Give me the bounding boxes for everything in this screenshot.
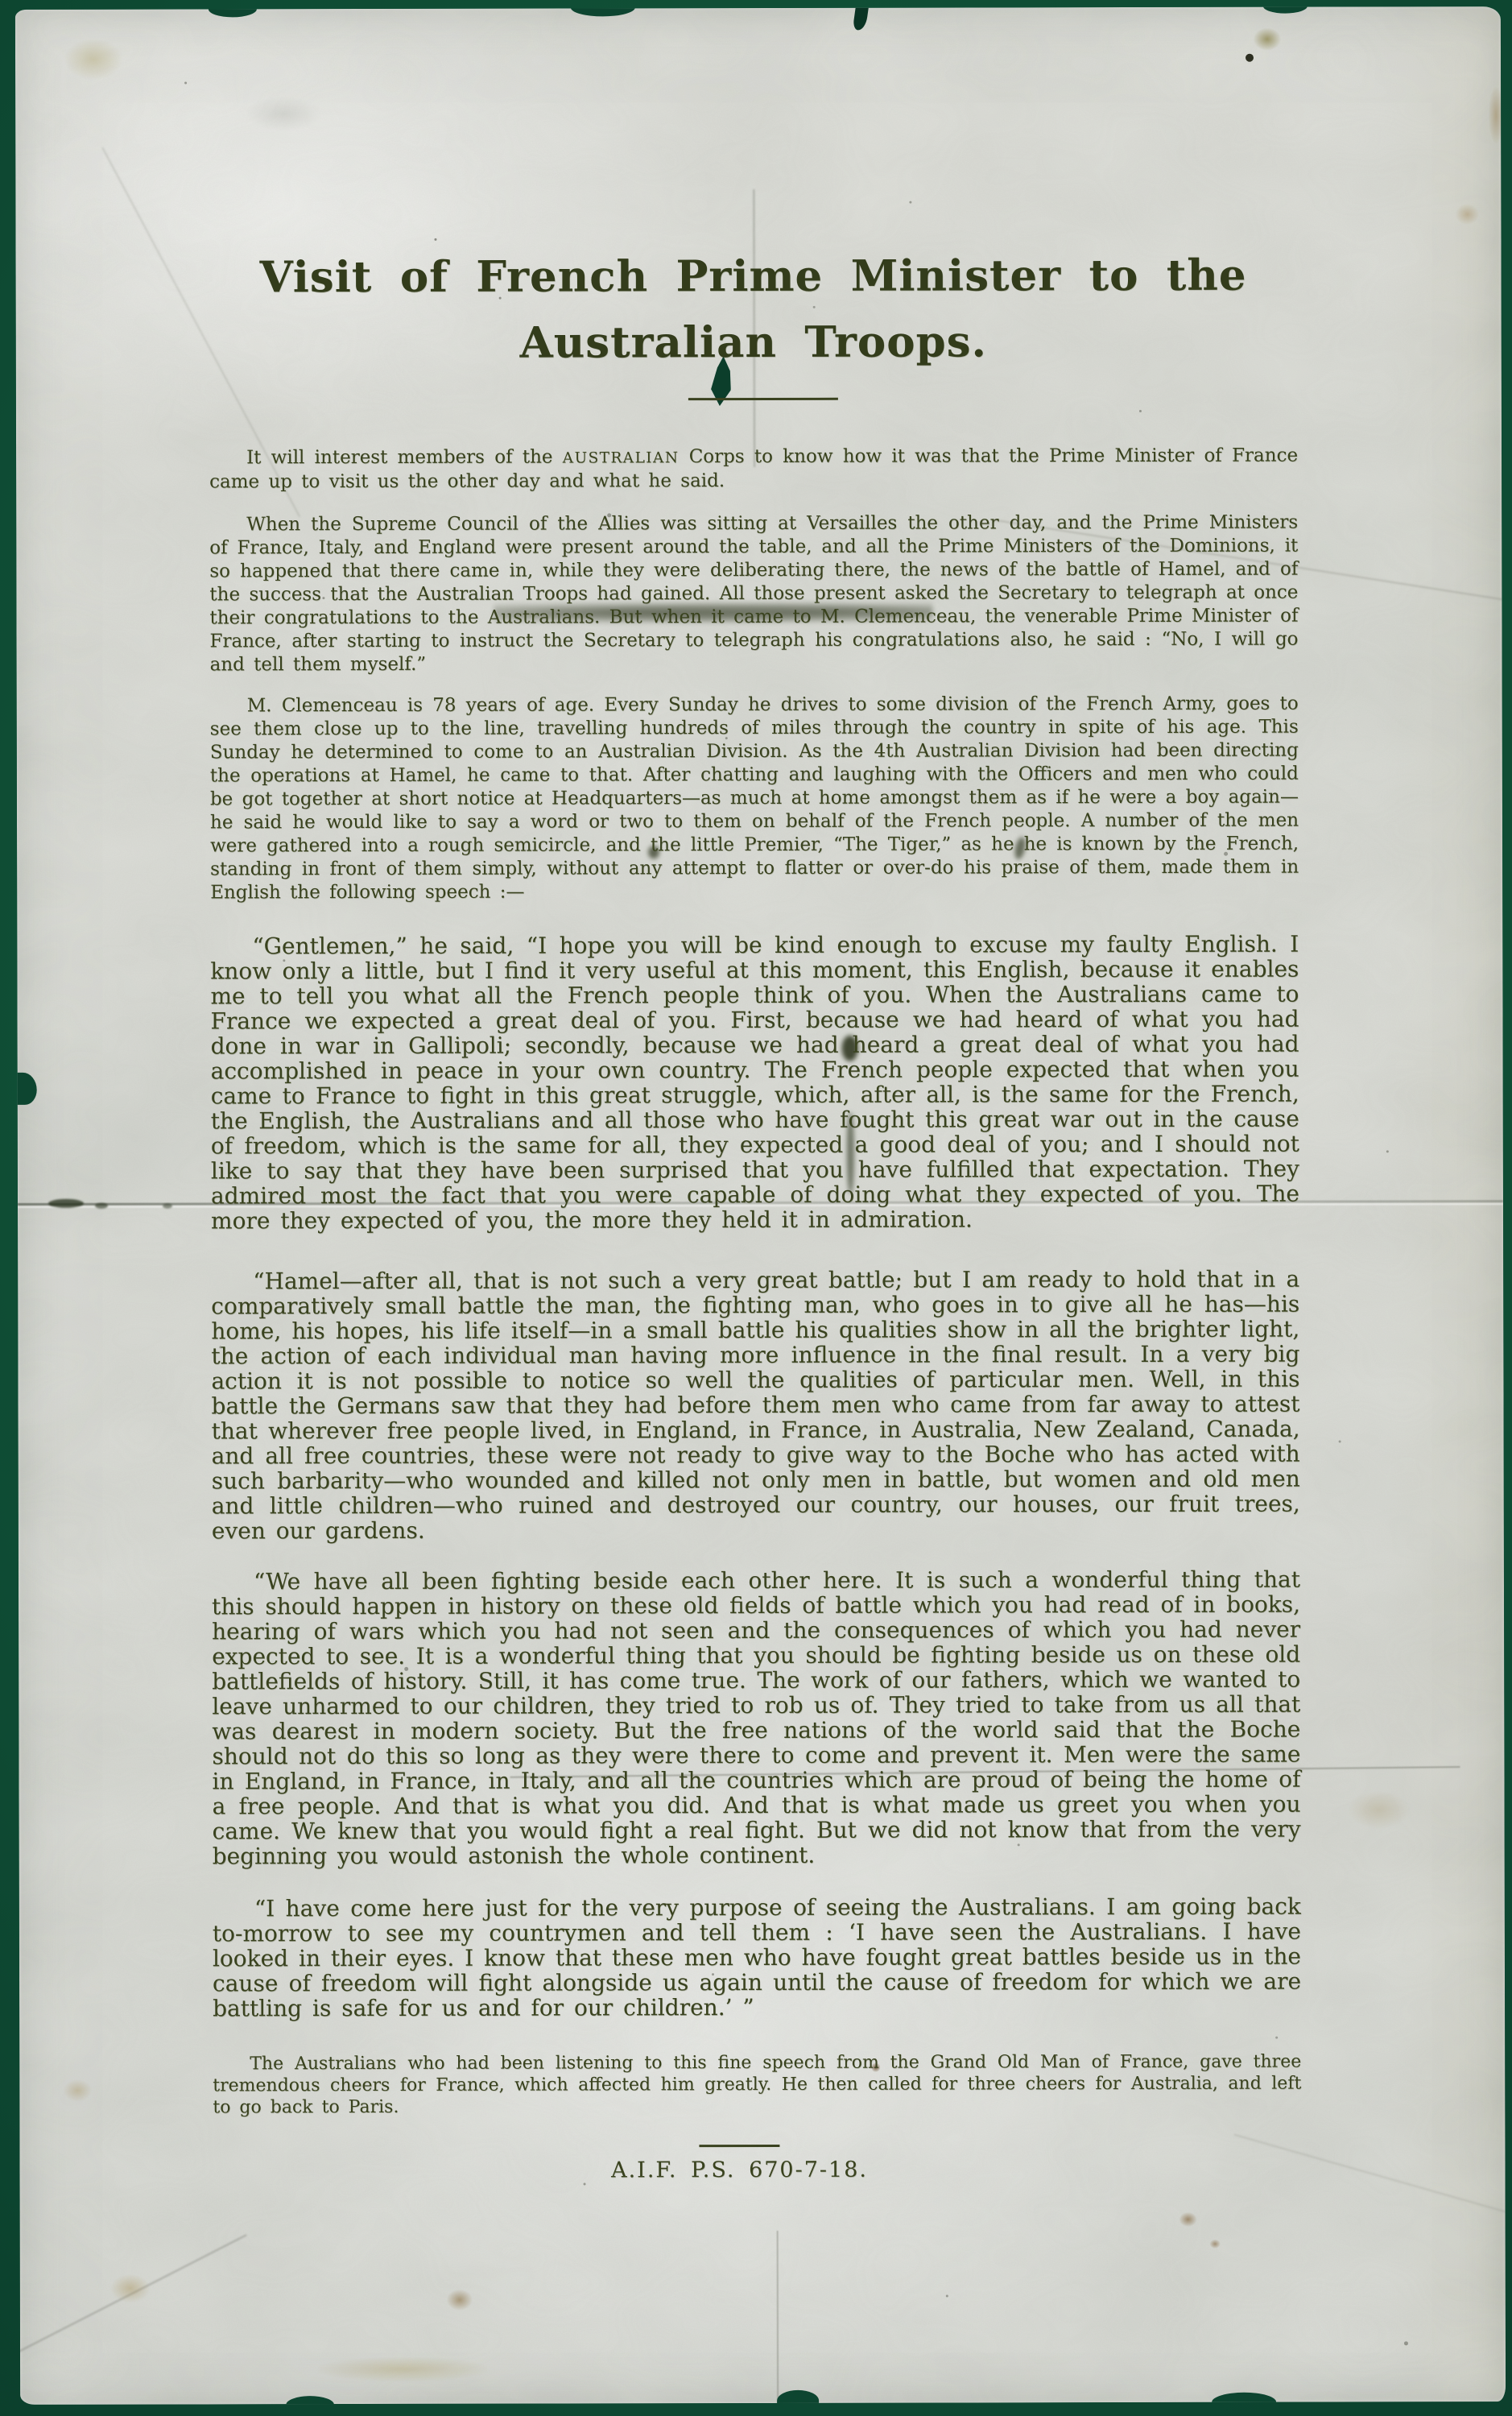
printed-text-column: Visit of French Prime Minister to the Au… bbox=[209, 7, 1302, 2186]
crease-vertical-bottom bbox=[777, 2231, 779, 2405]
document-paper: Visit of French Prime Minister to the Au… bbox=[15, 6, 1506, 2405]
fold-ink-mark bbox=[48, 1199, 84, 1208]
title-divider-rule bbox=[688, 398, 838, 400]
paper-edge-notch bbox=[1212, 2393, 1276, 2405]
page-title-line-1: Visit of French Prime Minister to the bbox=[209, 242, 1297, 311]
stain bbox=[318, 2357, 487, 2381]
stain bbox=[63, 2079, 92, 2102]
speech-paragraph-3: “We have all been fighting beside each o… bbox=[212, 1567, 1301, 1869]
stain bbox=[110, 2274, 151, 2303]
intro-paragraph-1: It will interest members of the AUSTRALI… bbox=[209, 445, 1298, 494]
paper-edge-notch bbox=[286, 2396, 334, 2405]
intro-paragraph-2: When the Supreme Council of the Allies w… bbox=[209, 511, 1298, 677]
stain bbox=[1455, 204, 1479, 225]
page-title-line-2: Australian Troops. bbox=[209, 308, 1298, 377]
stain bbox=[64, 39, 123, 81]
closing-paragraph: The Australians who had been listening t… bbox=[213, 2051, 1301, 2119]
footer-reference: A.I.F. P.S. 670-7-18. bbox=[195, 2156, 1283, 2186]
stain bbox=[447, 2290, 473, 2311]
paper-edge-notch bbox=[15, 1073, 37, 1105]
stain bbox=[1210, 2240, 1221, 2248]
crease-bottom-left bbox=[15, 2234, 247, 2360]
fold-ink-mark bbox=[163, 1204, 172, 1209]
stain bbox=[1348, 1790, 1411, 1829]
fold-ink-mark bbox=[95, 1203, 108, 1209]
stain bbox=[1179, 2212, 1197, 2227]
intro-paragraph-3: M. Clemenceau is 78 years of age. Every … bbox=[210, 693, 1299, 905]
stain bbox=[1489, 87, 1503, 143]
footer-divider-rule bbox=[699, 2145, 779, 2147]
speech-paragraph-2: “Hamel—after all, that is not such a ver… bbox=[211, 1267, 1300, 1544]
page-title: Visit of French Prime Minister to the Au… bbox=[209, 242, 1297, 377]
australian-smallcaps-word: AUSTRALIAN bbox=[563, 449, 680, 466]
paper-edge-notch bbox=[777, 2390, 819, 2405]
photo-mat-background: Visit of French Prime Minister to the Au… bbox=[0, 0, 1512, 2416]
speech-paragraph-4: “I have come here just for the very purp… bbox=[213, 1894, 1301, 2021]
intro-paragraph-1-start: It will interest members of the bbox=[246, 447, 563, 469]
speech-paragraph-1: “Gentlemen,” he said, “I hope you will b… bbox=[210, 932, 1299, 1234]
